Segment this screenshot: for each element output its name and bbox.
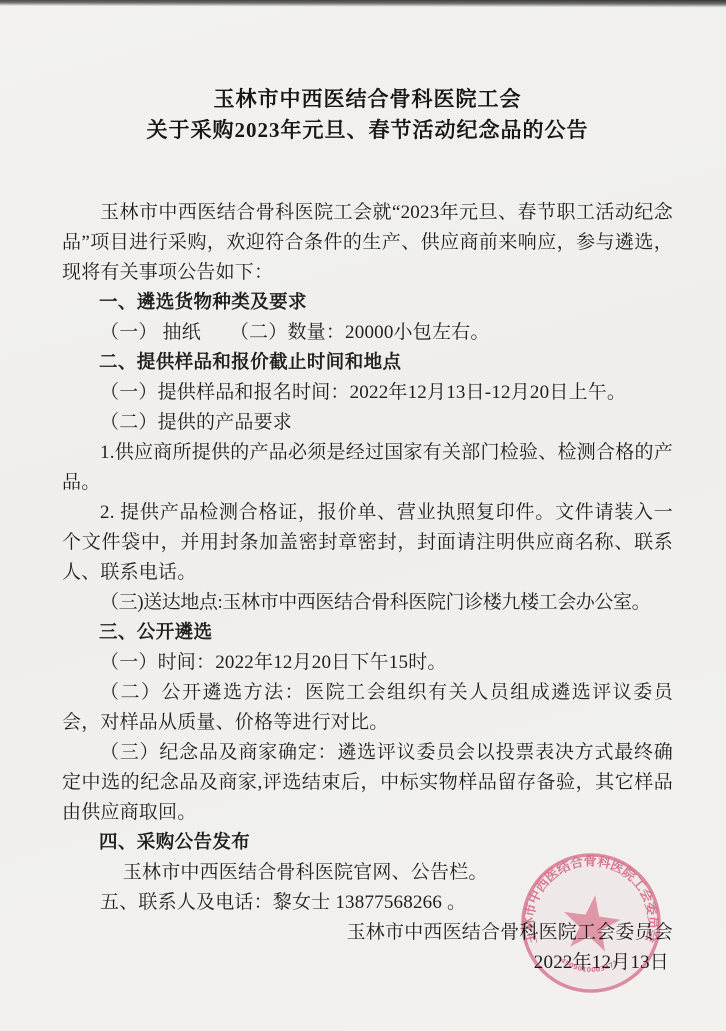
item-product-requirements-heading: （二）提供的产品要求 [62,408,673,438]
item-product-requirement-1: 1.供应商所提供的产品必须是经过国家有关部门检验、检测合格的产品。 [62,438,673,498]
item-delivery-location: （三)送达地点:玉林市中西医结合骨科医院门诊楼九楼工会办公室。 [62,588,673,618]
paragraph-intro: 玉林市中西医结合骨科医院工会就“2023年元旦、春节职工活动纪念品”项目进行采购… [62,198,673,288]
scanned-document: { "page": { "paper_color": "#f1f0ee", "i… [0,0,726,1031]
document-title: 玉林市中西医结合骨科医院工会 关于采购2023年元旦、春节活动纪念品的公告 [62,84,673,146]
document-title-line2: 关于采购2023年元旦、春节活动纪念品的公告 [62,115,673,146]
section-3-heading: 三、公开遴选 [62,618,673,648]
document-title-line1: 玉林市中西医结合骨科医院工会 [62,84,673,115]
section-1-heading: 一、遴选货物种类及要求 [62,288,673,318]
section-2-heading: 二、提供样品和报价截止时间和地点 [62,348,673,378]
official-seal-stamp: 玉林市中西医结合骨科医院工会委员会 4509010003473 [519,851,663,995]
item-winner-determination: （三）纪念品及商家确定：遴选评议委员会以投票表决方式最终确定中选的纪念品及商家,… [62,738,673,828]
item-sample-deadline: （一）提供样品和报名时间：2022年12月13日-12月20日上午。 [62,378,673,408]
item-selection-method: （二）公开遴选方法：医院工会组织有关人员组成遴选评议委员会，对样品从质量、价格等… [62,678,673,738]
item-product-requirement-2: 2. 提供产品检测合格证，报价单、营业执照复印件。文件请装入一个文件袋中，并用封… [62,498,673,588]
document-content: 玉林市中西医结合骨科医院工会 关于采购2023年元旦、春节活动纪念品的公告 玉林… [62,84,673,978]
item-selection-time: （一）时间：2022年12月20日下午15时。 [62,648,673,678]
scan-edge-artifact [0,0,726,8]
item-goods-type: （一） 抽纸 （二）数量：20000小包左右。 [62,318,673,348]
